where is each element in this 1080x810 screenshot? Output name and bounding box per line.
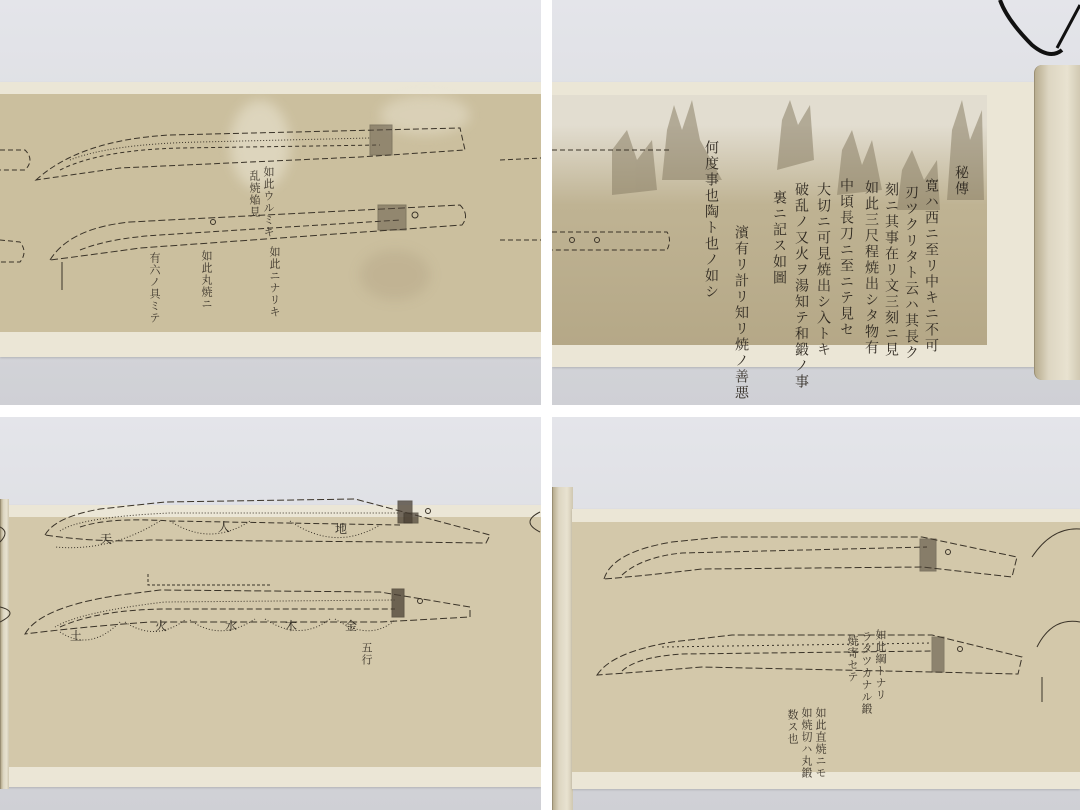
photo-panel-top-left: 如此ウルミキ 乱焼焔見 如此丸焼ニ 有六ノ具ミテ 如此ニナリキ xyxy=(0,0,541,405)
sword-diagrams xyxy=(0,417,541,810)
element-label-water: 水 xyxy=(225,617,237,634)
element-label-heaven: 天 xyxy=(100,530,112,547)
element-label-soil: 土 xyxy=(70,627,82,644)
annotation-text: 如此丸焼ニ xyxy=(200,250,213,330)
element-label-earth: 地 xyxy=(335,520,347,537)
annotation-text: 如此ニナリキ xyxy=(268,246,281,316)
annotation-text: 焼寄セテ xyxy=(846,635,859,695)
side-note: 五行 xyxy=(360,642,373,672)
annotation-text: 如此直焼ニモ xyxy=(814,707,827,777)
annotation-text: ラタツカナル鍛 xyxy=(860,631,873,711)
annotation-text: 数ス也 xyxy=(786,709,799,769)
element-label-human: 人 xyxy=(218,518,230,535)
element-label-metal: 金 xyxy=(345,617,357,634)
photo-panel-bottom-left: 天 人 地 土 火 水 木 金 五行 xyxy=(0,417,541,810)
element-label-wood: 木 xyxy=(285,617,297,634)
scroll-cord xyxy=(552,0,1080,405)
annotation-text: 如此ウルミキ xyxy=(262,166,275,246)
photo-panel-top-right: 秘傳 寛ハ西ニ至リ中キニ不可 刃ツクリタト云ハ其長ク 刻ニ其事在リ文三刻ニ見 如… xyxy=(552,0,1080,405)
annotation-text: 如焼切ハ丸鍛 xyxy=(800,707,813,777)
photo-panel-bottom-right: 如此綱トナリ ラタツカナル鍛 焼寄セテ 如此直焼ニモ 如焼切ハ丸鍛 数ス也 xyxy=(552,417,1080,810)
annotation-text: 有六ノ具ミテ xyxy=(148,252,161,332)
annotation-text: 乱焼焔見 xyxy=(248,170,261,250)
element-label-fire: 火 xyxy=(155,617,167,634)
annotation-text: 如此綱トナリ xyxy=(874,629,887,709)
